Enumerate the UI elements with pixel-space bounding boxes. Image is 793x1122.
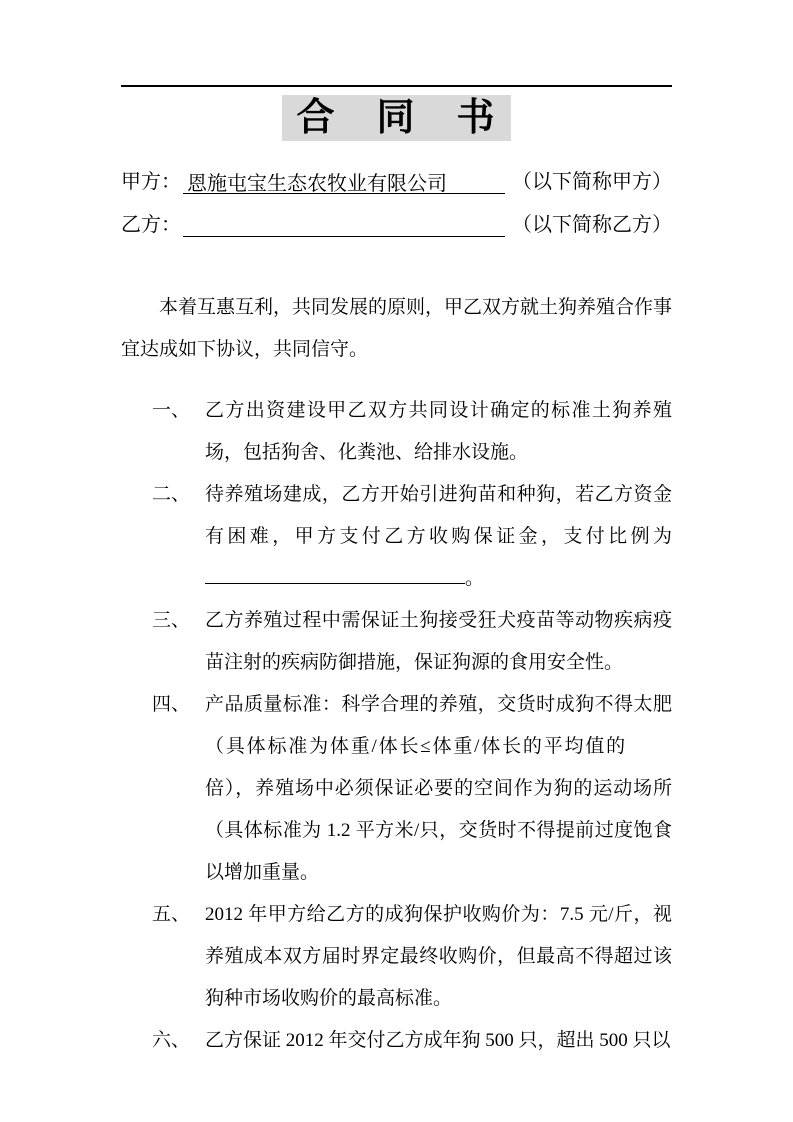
header-rule [121, 85, 672, 87]
item-text: 待养殖场建成，乙方开始引进狗苗和种狗，若乙方资金有困难，甲方支付乙方收购保证金，… [205, 474, 672, 600]
party-b-note: （以下简称乙方） [512, 208, 672, 237]
party-b-name-underline [183, 210, 505, 237]
party-a-row: 甲方： 恩施屯宝生态农牧业有限公司 （以下简称甲方） [121, 167, 672, 194]
party-b-row: 乙方： （以下简称乙方） [121, 210, 672, 237]
item-number: 四、 [121, 684, 205, 894]
item-text: 乙方保证 2012 年交付乙方成年狗 500 只，超出 500 只以 [205, 1020, 672, 1062]
contract-item: 三、乙方养殖过程中需保证土狗接受狂犬疫苗等动物疾病疫苗注射的疾病防御措施，保证狗… [121, 600, 672, 684]
contract-item: 一、乙方出资建设甲乙双方共同设计确定的标准土狗养殖场，包括狗舍、化粪池、给排水设… [121, 390, 672, 474]
document-title: 合 同 书 [282, 95, 510, 141]
item-text: 2012 年甲方给乙方的成狗保护收购价为：7.5 元/斤，视养殖成本双方届时界定… [205, 894, 672, 1020]
item-number: 一、 [121, 390, 205, 474]
fill-in-gap [627, 751, 672, 752]
item-text: 产品质量标准：科学合理的养殖，交货时成狗不得太肥（具体标准为体重/体长≤体重/体… [205, 684, 672, 894]
fill-in-blank-underline [205, 565, 465, 584]
item-number: 二、 [121, 474, 205, 600]
document-content: 合 同 书 甲方： 恩施屯宝生态农牧业有限公司 （以下简称甲方） 乙方： （以下… [121, 85, 672, 1062]
party-a-note: （以下简称甲方） [512, 165, 672, 194]
contract-item: 五、2012 年甲方给乙方的成狗保护收购价为：7.5 元/斤，视养殖成本双方届时… [121, 894, 672, 1020]
party-b-label: 乙方： [121, 208, 181, 237]
item-text: 乙方养殖过程中需保证土狗接受狂犬疫苗等动物疾病疫苗注射的疾病防御措施，保证狗源的… [205, 600, 672, 684]
contract-item: 六、乙方保证 2012 年交付乙方成年狗 500 只，超出 500 只以 [121, 1020, 672, 1062]
title-row: 合 同 书 [121, 95, 672, 141]
contract-item: 二、待养殖场建成，乙方开始引进狗苗和种狗，若乙方资金有困难，甲方支付乙方收购保证… [121, 474, 672, 600]
item-number: 三、 [121, 600, 205, 684]
contract-document-page: 合 同 书 甲方： 恩施屯宝生态农牧业有限公司 （以下简称甲方） 乙方： （以下… [0, 0, 793, 1122]
party-a-label: 甲方： [121, 165, 181, 194]
item-number: 五、 [121, 894, 205, 1020]
item-text: 乙方出资建设甲乙双方共同设计确定的标准土狗养殖场，包括狗舍、化粪池、给排水设施。 [205, 390, 672, 474]
item-number: 六、 [121, 1020, 205, 1062]
party-a-name-underline: 恩施屯宝生态农牧业有限公司 [183, 167, 505, 194]
contract-items: 一、乙方出资建设甲乙双方共同设计确定的标准土狗养殖场，包括狗舍、化粪池、给排水设… [121, 390, 672, 1062]
contract-item: 四、产品质量标准：科学合理的养殖，交货时成狗不得太肥（具体标准为体重/体长≤体重… [121, 684, 672, 894]
intro-paragraph: 本着互惠互利，共同发展的原则，甲乙双方就土狗养殖合作事宜达成如下协议，共同信守。 [121, 287, 672, 371]
